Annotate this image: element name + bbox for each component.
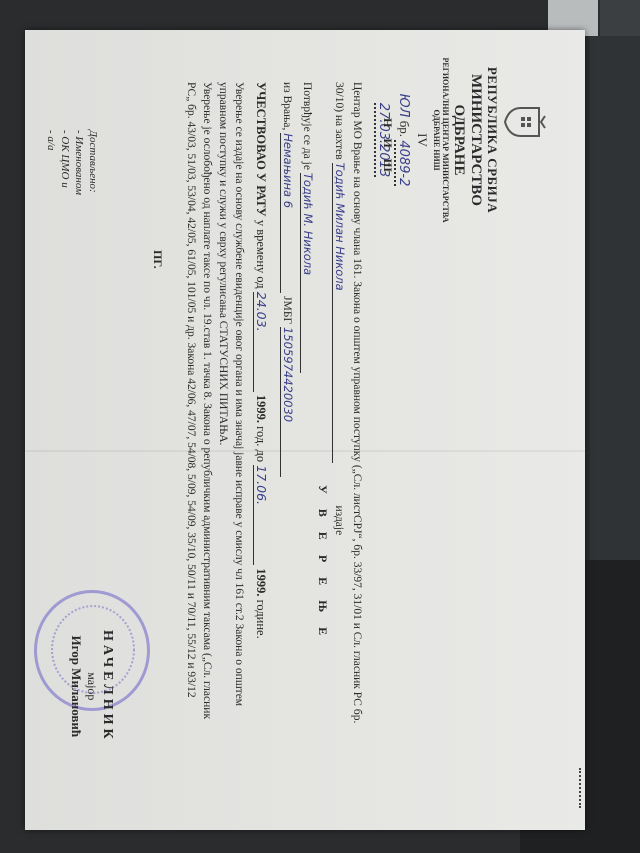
issues-label: издаје [333, 505, 345, 535]
signatory-name: Игор Милановић [68, 630, 84, 743]
regional-center: РЕГИОНАЛНИ ЦЕНТАР МИНИСТАРСТВА ОДБРАНЕ Н… [432, 50, 450, 230]
from-label: из Врања, [281, 82, 293, 130]
paragraph-line: Уверење је ослобођено од наплате таксе п… [201, 82, 213, 719]
war-label: УЧЕСТВОВАО У РАТУ [254, 82, 268, 217]
period-label: у времену од [254, 220, 268, 289]
to-year: 1999. [254, 568, 268, 596]
background-strip [600, 0, 640, 36]
delivery-item: - Именованом [72, 130, 86, 195]
number-label: бр. [397, 121, 412, 137]
delivery-item: - а/а [44, 130, 58, 195]
delivery-item: - ОК ЦМО и [58, 130, 72, 195]
jmbg-value: 1505974420030 [280, 327, 295, 477]
doc-prefix: ЮЛ [396, 94, 411, 118]
intro-line-2: 30/10) на захтев [333, 82, 345, 160]
signatory-rank: мајор [84, 630, 99, 743]
applicant-name: Тодић Милан Никола [332, 163, 347, 463]
paper-fold [25, 450, 585, 452]
to-date: 17.06. [253, 465, 269, 565]
certificate-title: У В Е Р Е Њ Е [315, 485, 330, 641]
certificate-document: РЕПУБЛИКА СРБИЈА МИНИСТАРСТВО ОДБРАНЕ РЕ… [25, 30, 585, 830]
intro-line-1: Центар МО Врање на основу члана 161. Зак… [351, 82, 363, 723]
to-label: год. до [254, 426, 268, 462]
delivery-heading: Достављено: [86, 130, 100, 195]
year-suffix: године. [254, 600, 268, 639]
stamp-place-label: ПГ. [150, 250, 165, 269]
signatory-title: НАЧЕЛНИК [99, 630, 115, 743]
dotted-mark [579, 768, 581, 808]
from-year: 1999. [254, 395, 268, 423]
signature-block: НАЧЕЛНИК мајор Игор Милановић [68, 630, 115, 743]
delivery-list: Достављено: - Именованом - ОК ЦМО и - а/… [44, 130, 100, 195]
republic-name: РЕПУБЛИКА СРБИЈА [484, 50, 500, 230]
paragraph-line: управном поступку и служи у сврху регули… [217, 82, 229, 445]
jmbg-label: ЈМБГ [281, 296, 293, 324]
paragraph-line: Уверење се издаје на основу службене еви… [233, 82, 245, 706]
coat-of-arms-icon [503, 102, 547, 142]
ministry-name: МИНИСТАРСТВО ОДБРАНЕ [450, 50, 484, 230]
roman-number: IV [414, 50, 430, 230]
paragraph-line: РС„ бр. 43/03, 51/03, 53/04, 42/05, 61/0… [185, 82, 197, 698]
doc-number: 4089-2 [394, 140, 411, 186]
person-name: Тодић М. Никола [300, 173, 315, 373]
city: Н И Ш [380, 118, 395, 176]
from-date: 24.03. [253, 292, 269, 392]
certify-label: Потврђује се да је [301, 82, 313, 170]
street-address: Немањина 6 [280, 133, 295, 293]
